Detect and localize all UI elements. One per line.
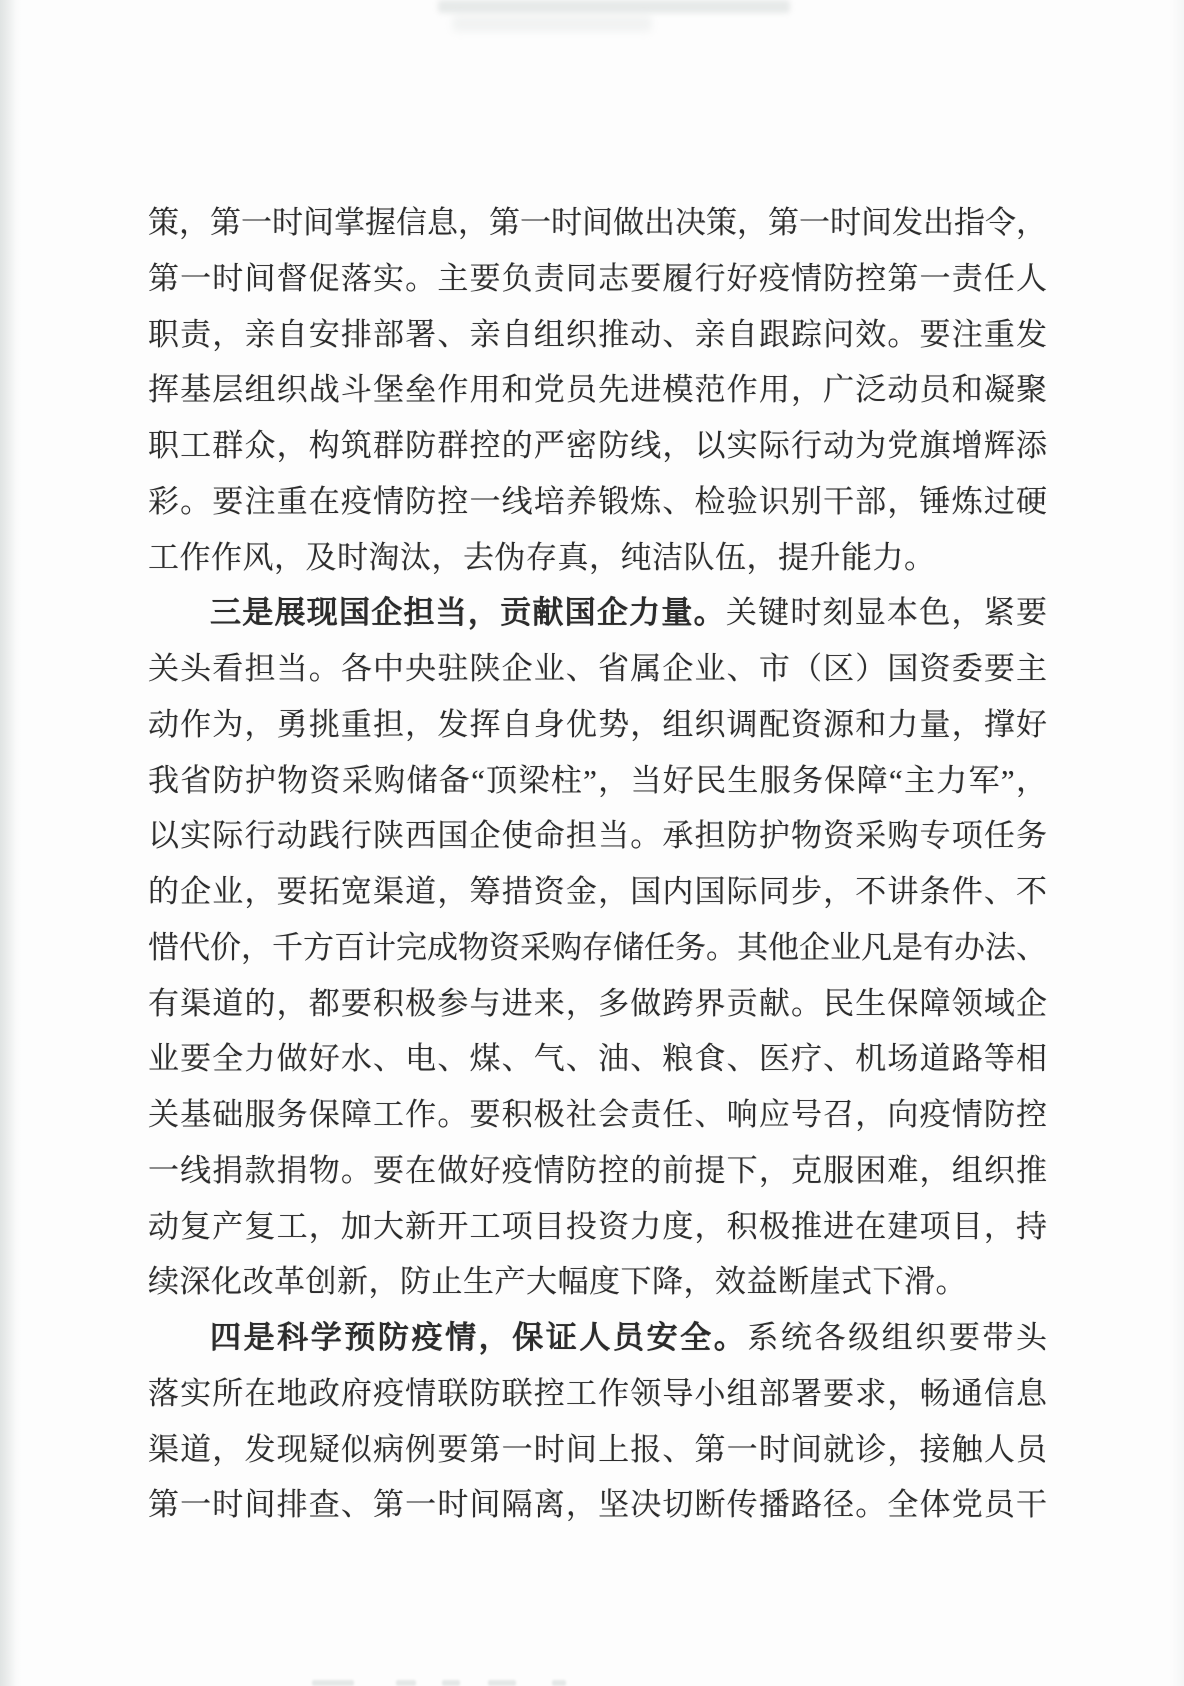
text-segment: 一线捐款捐物。要在做好疫情防控的前提下，克服困难，组织推: [148, 1153, 1047, 1188]
text-segment: 关键时刻显本色，紧要: [726, 595, 1047, 630]
text-line: 职工群众，构筑群防群控的严密防线，以实际行动为党旗增辉添: [148, 418, 1047, 474]
text-line: 渠道，发现疑似病例要第一时间上报、第一时间就诊，接触人员: [148, 1422, 1047, 1478]
text-line: 关基础服务保障工作。要积极社会责任、响应号召，向疫情防控: [148, 1087, 1047, 1143]
scan-artifact-top-smudge: [438, 0, 790, 13]
text-line: 彩。要注重在疫情防控一线培养锻炼、检验识别干部，锤炼过硬: [148, 474, 1047, 530]
text-segment: 以实际行动践行陕西国企使命担当。承担防护物资采购专项任务: [148, 818, 1047, 853]
text-line: 动复产复工，加大新开工项目投资力度，积极推进在建项目，持: [148, 1199, 1047, 1255]
document-page: 策，第一时间掌握信息，第一时间做出决策，第一时间发出指令，第一时间督促落实。主要…: [0, 0, 1184, 1686]
text-segment: 续深化改革创新，防止生产大幅度下降，效益断崖式下滑。: [148, 1264, 967, 1299]
text-line: 续深化改革创新，防止生产大幅度下降，效益断崖式下滑。: [148, 1254, 1047, 1310]
scan-artifact-bottom-bleed: [312, 1680, 354, 1686]
text-segment: 关基础服务保障工作。要积极社会责任、响应号召，向疫情防控: [148, 1097, 1047, 1132]
text-segment: 工作作风，及时淘汰，去伪存真，纯洁队伍，提升能力。: [148, 540, 936, 575]
text-line: 落实所在地政府疫情联防联控工作领导小组部署要求，畅通信息: [148, 1366, 1047, 1422]
text-segment: 策，第一时间掌握信息，第一时间做出决策，第一时间发出指令，: [148, 205, 1047, 240]
text-segment: 关头看担当。各中央驻陕企业、省属企业、市（区）国资委要主: [148, 651, 1047, 686]
text-segment: 动作为，勇挑重担，发挥自身优势，组织调配资源和力量，撑好: [148, 707, 1047, 742]
text-segment: 彩。要注重在疫情防控一线培养锻炼、检验识别干部，锤炼过硬: [148, 484, 1047, 519]
text-line: 三是展现国企担当，贡献国企力量。关键时刻显本色，紧要: [148, 585, 1047, 641]
text-line: 一线捐款捐物。要在做好疫情防控的前提下，克服困难，组织推: [148, 1143, 1047, 1199]
text-line: 的企业，要拓宽渠道，筹措资金，国内国际同步，不讲条件、不: [148, 864, 1047, 920]
text-line: 工作作风，及时淘汰，去伪存真，纯洁队伍，提升能力。: [148, 530, 1047, 586]
document-text: 策，第一时间掌握信息，第一时间做出决策，第一时间发出指令，第一时间督促落实。主要…: [148, 195, 1047, 1533]
text-line: 挥基层组织战斗堡垒作用和党员先进模范作用，广泛动员和凝聚: [148, 362, 1047, 418]
text-line: 第一时间排查、第一时间隔离，坚决切断传播路径。全体党员干: [148, 1477, 1047, 1533]
text-line: 有渠道的，都要积极参与进来，多做跨界贡献。民生保障领域企: [148, 976, 1047, 1032]
paragraph-lead-bold: 三是展现国企担当，贡献国企力量。: [210, 595, 726, 630]
text-line: 四是科学预防疫情，保证人员安全。系统各级组织要带头: [148, 1310, 1047, 1366]
scan-artifact-left-edge-shadow: [0, 0, 16, 1686]
text-line: 业要全力做好水、电、煤、气、油、粮食、医疗、机场道路等相: [148, 1031, 1047, 1087]
scan-artifact-bottom-bleed: [442, 1680, 460, 1686]
text-line: 动作为，勇挑重担，发挥自身优势，组织调配资源和力量，撑好: [148, 697, 1047, 753]
text-line: 职责，亲自安排部署、亲自组织推动、亲自跟踪问效。要注重发: [148, 307, 1047, 363]
text-segment: 我省防护物资采购储备“顶梁柱”，当好民生服务保障“主力军”，: [148, 763, 1047, 798]
text-segment: 业要全力做好水、电、煤、气、油、粮食、医疗、机场道路等相: [148, 1041, 1047, 1076]
text-segment: 职工群众，构筑群防群控的严密防线，以实际行动为党旗增辉添: [148, 428, 1047, 463]
text-line: 惜代价，千方百计完成物资采购存储任务。其他企业凡是有办法、: [148, 920, 1047, 976]
text-segment: 渠道，发现疑似病例要第一时间上报、第一时间就诊，接触人员: [148, 1432, 1047, 1467]
text-line: 我省防护物资采购储备“顶梁柱”，当好民生服务保障“主力军”，: [148, 753, 1047, 809]
paragraph-lead-bold: 四是科学预防疫情，保证人员安全。: [210, 1320, 747, 1355]
scan-artifact-bottom-bleed: [396, 1680, 416, 1686]
text-segment: 第一时间督促落实。主要负责同志要履行好疫情防控第一责任人: [148, 261, 1047, 296]
text-segment: 系统各级组织要带头: [747, 1320, 1047, 1355]
scan-artifact-top-smudge-2: [452, 15, 652, 32]
text-segment: 第一时间排查、第一时间隔离，坚决切断传播路径。全体党员干: [148, 1487, 1047, 1522]
text-segment: 的企业，要拓宽渠道，筹措资金，国内国际同步，不讲条件、不: [148, 874, 1047, 909]
text-segment: 挥基层组织战斗堡垒作用和党员先进模范作用，广泛动员和凝聚: [148, 372, 1047, 407]
text-segment: 职责，亲自安排部署、亲自组织推动、亲自跟踪问效。要注重发: [148, 317, 1047, 352]
text-segment: 惜代价，千方百计完成物资采购存储任务。其他企业凡是有办法、: [148, 930, 1047, 965]
text-segment: 动复产复工，加大新开工项目投资力度，积极推进在建项目，持: [148, 1209, 1047, 1244]
text-line: 关头看担当。各中央驻陕企业、省属企业、市（区）国资委要主: [148, 641, 1047, 697]
scan-artifact-bottom-bleed: [488, 1680, 516, 1686]
text-segment: 有渠道的，都要积极参与进来，多做跨界贡献。民生保障领域企: [148, 986, 1047, 1021]
scan-artifact-bottom-bleed: [552, 1680, 566, 1686]
text-line: 以实际行动践行陕西国企使命担当。承担防护物资采购专项任务: [148, 808, 1047, 864]
text-line: 策，第一时间掌握信息，第一时间做出决策，第一时间发出指令，: [148, 195, 1047, 251]
text-segment: 落实所在地政府疫情联防联控工作领导小组部署要求，畅通信息: [148, 1376, 1047, 1411]
text-line: 第一时间督促落实。主要负责同志要履行好疫情防控第一责任人: [148, 251, 1047, 307]
